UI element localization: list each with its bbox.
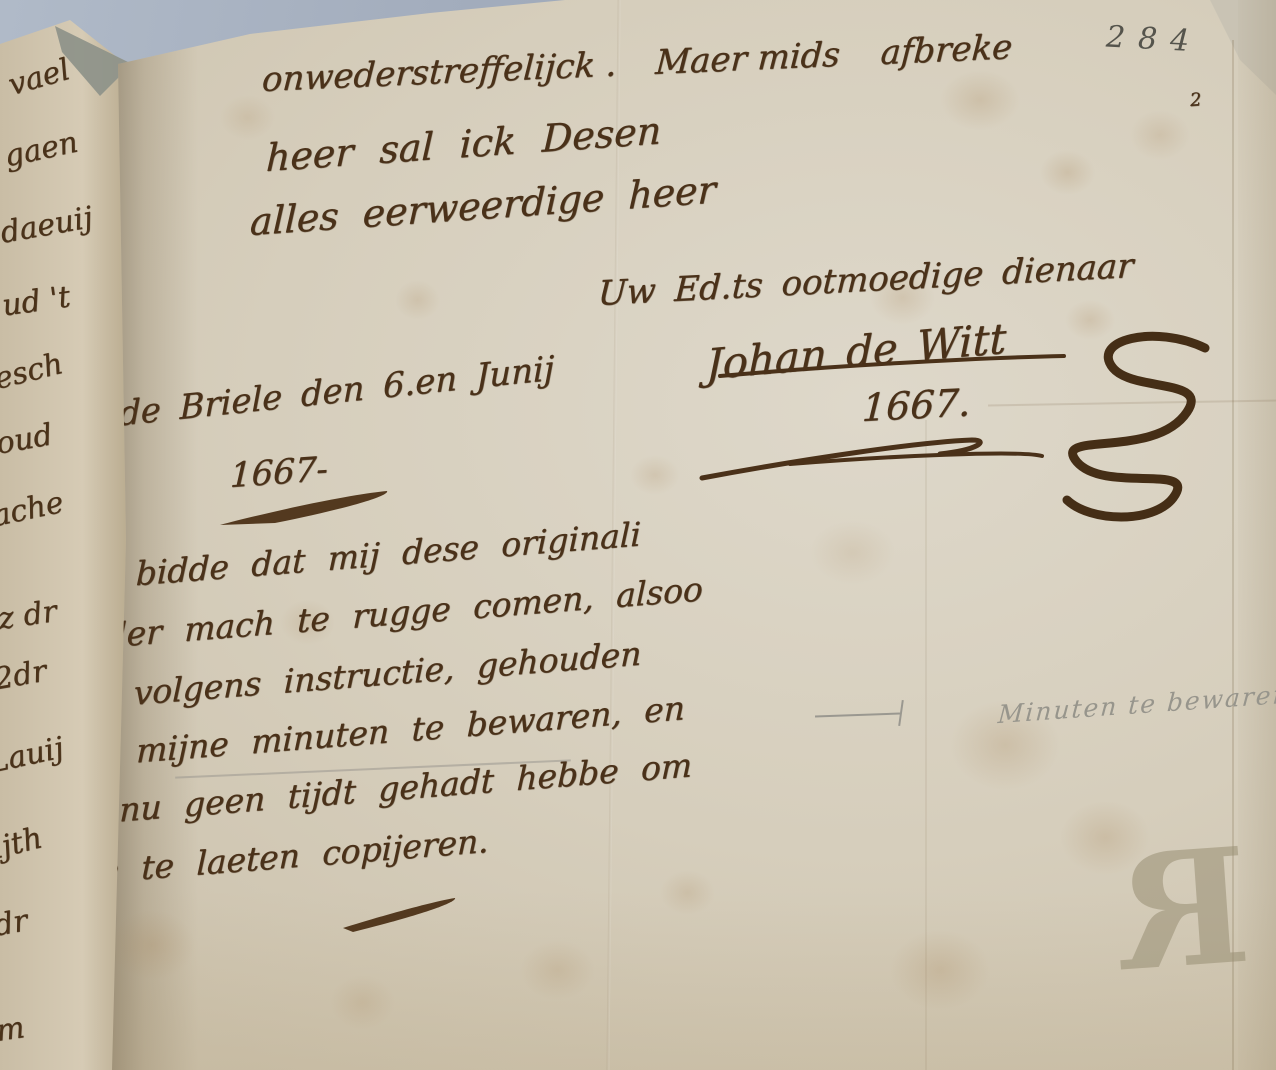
paper-discoloration [0,890,1276,1070]
pencil-cross-mark [898,700,904,726]
stain [395,280,440,320]
margin-fragment: ijth [0,820,46,866]
stain [1040,150,1095,195]
margin-fragment: esch [0,346,66,397]
valediction: Uw Ed.ts ootmoedige dienaar [597,246,1134,314]
letter-line: heer sal ick Desen [265,108,662,180]
letter-line-text: afbreke [879,27,1013,73]
page-number: 284 [1105,20,1203,60]
stain [220,95,275,140]
letter-line: alles eerweerdige heer [249,167,716,244]
stain [1130,110,1190,160]
letter-line-text: Maer mids [654,35,841,83]
margin-fragment: dr [0,903,30,943]
signature-underline-flourish [690,420,1160,490]
letter-line-text: onwederstreffelijck . [261,44,618,100]
margin-fragment: gaen [1,125,81,175]
showthrough-letter: R [1113,828,1255,995]
stain [810,520,895,585]
manuscript-photo: vael gaen daeuij ud 't esch oud ache z d… [0,0,1276,1070]
manuscript-page: 284 onwederstreffelijck . Maer mids afbr… [0,0,1276,1070]
letter-line: onwederstreffelijck . Maer mids afbreke [261,27,1014,100]
margin-fragment: ache [0,485,67,534]
margin-fragment: daeuij [0,200,95,251]
postscript-underline [335,890,465,935]
margin-fragment: ud 't [0,279,72,323]
pencil-note: Minuten te bewaren [997,679,1276,729]
line-end-mark: 2 [1189,89,1202,111]
margin-fragment: z dr [0,594,59,637]
margin-fragment: oud [0,417,55,461]
dateline-underline [215,485,395,530]
margin-fragment: vael [4,52,73,103]
margin-fragment: Lauij [0,730,67,780]
margin-fragment: m [0,1010,27,1049]
margin-fragment: 2dr [0,654,49,698]
stain [630,455,680,495]
stain [940,70,1020,130]
pencil-reference-line [815,713,900,718]
